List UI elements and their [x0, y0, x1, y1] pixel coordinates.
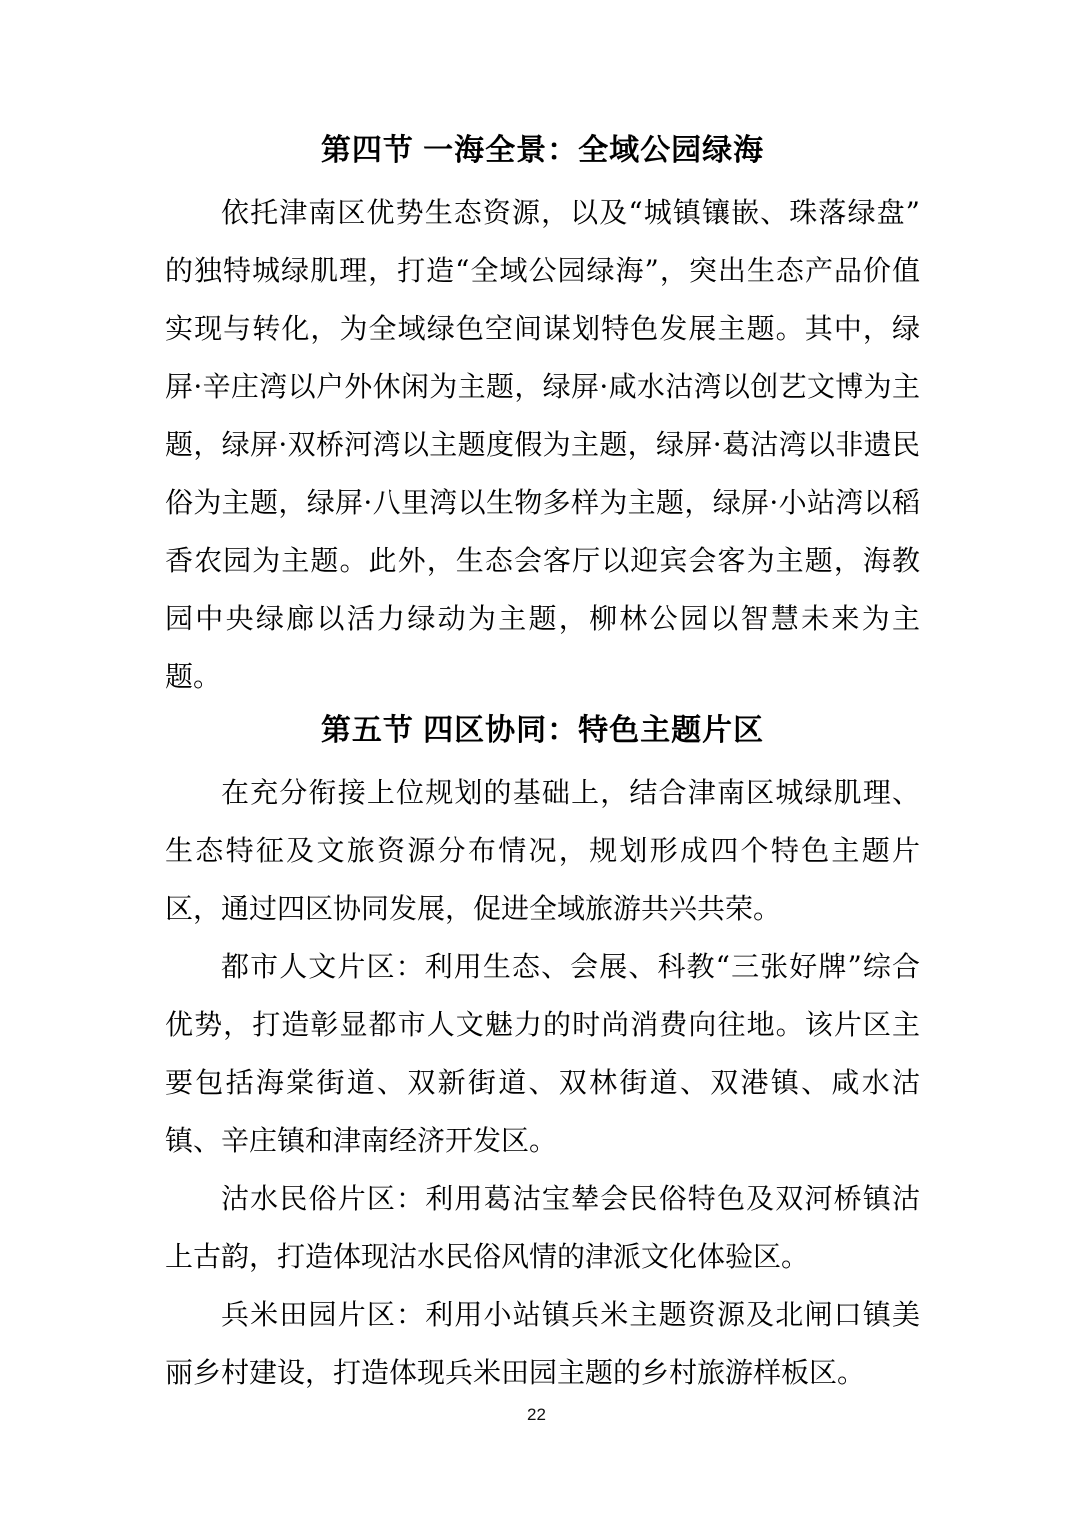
section-5-heading: 第五节 四区协同：特色主题片区 [165, 708, 920, 754]
document-page: 第四节 一海全景：全域公园绿海 依托津南区优势生态资源，以及“城镇镶嵌、珠落绿盘… [0, 0, 1073, 1519]
page-number: 22 [0, 1405, 1073, 1425]
section-5-paragraph-gushui-folklore-zone: 沽水民俗片区：利用葛沽宝辇会民俗特色及双河桥镇沽上古韵，打造体现沽水民俗风情的津… [165, 1170, 920, 1286]
section-5-paragraph-bingmi-pastoral-zone: 兵米田园片区：利用小站镇兵米主题资源及北闸口镇美丽乡村建设，打造体现兵米田园主题… [165, 1286, 920, 1402]
section-4-heading: 第四节 一海全景：全域公园绿海 [165, 128, 920, 174]
section-5-paragraph-urban-culture-zone: 都市人文片区：利用生态、会展、科教“三张好牌”综合优势，打造彰显都市人文魅力的时… [165, 938, 920, 1170]
section-5-paragraph-intro: 在充分衔接上位规划的基础上，结合津南区城绿肌理、生态特征及文旅资源分布情况，规划… [165, 764, 920, 938]
section-4-paragraph: 依托津南区优势生态资源，以及“城镇镶嵌、珠落绿盘”的独特城绿肌理，打造“全域公园… [165, 184, 920, 706]
